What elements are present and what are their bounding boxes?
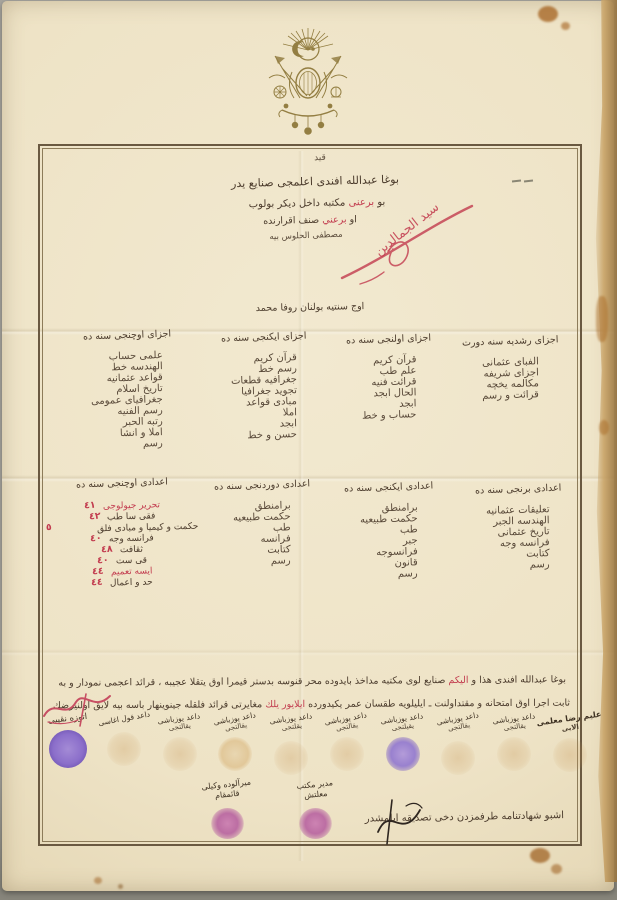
red-ink-strokes bbox=[330, 196, 480, 291]
wax-seal-icon bbox=[441, 741, 475, 775]
grade-row: تحریر جیولوجی ٤١ bbox=[46, 500, 198, 511]
grade-number: ٥ bbox=[46, 522, 53, 533]
grade-number: ٤٢ bbox=[88, 511, 100, 523]
section-subtitle: اوج سنتیه بولنان روفا محمد bbox=[243, 301, 377, 314]
rust-stain bbox=[561, 22, 570, 30]
grade-row: حكمت و كیمیا و مبادی فلق ٥ bbox=[46, 522, 198, 533]
subject-line: رسم bbox=[360, 568, 418, 581]
rust-stain bbox=[599, 420, 609, 435]
seal-signature-row: اتوزه نقیبی داعد قول اغاسی داعد یوزباشی … bbox=[42, 714, 596, 775]
column-header: اعدادی اوچنجی سنه ده bbox=[76, 476, 168, 490]
subjects-column-with-grades: اعدادی اوچنجی سنه ده تحریر جیولوجی ٤١ فق… bbox=[46, 478, 198, 588]
wax-seal-icon bbox=[49, 730, 87, 768]
subjects-column-idadi-year2: اعدادی ایكنجی سنه ده برامنطقحكمت طبیعیهط… bbox=[333, 482, 445, 580]
rust-stain bbox=[596, 296, 608, 342]
subject-line: قی ست bbox=[116, 555, 147, 566]
subject-line: ثقافت bbox=[120, 544, 143, 555]
official-title: مدیر مكتب bbox=[296, 778, 333, 791]
wax-seal-icon bbox=[386, 737, 420, 771]
paragraph-2-pre: ثابت اجرا اوق امتحانه و مقتداولنت ـ ایلی… bbox=[308, 698, 570, 710]
subject-line: حكمت و كیمیا و مبادی فلق bbox=[97, 521, 199, 534]
official-role: قائمقام bbox=[215, 789, 240, 801]
official-label: مدیر مكتب معلتش bbox=[296, 778, 335, 802]
signatory-label: داعد یوزباشی یقالتجی bbox=[157, 711, 202, 734]
subject-list: برامنطقحكمت طبیعیهطبفرانسهكتابترسم bbox=[233, 501, 291, 567]
column-header: اعدادی برنجی سنه ده bbox=[475, 482, 562, 496]
column-header: اجزای اوچنجی سنه ده bbox=[83, 328, 171, 342]
grade-number: ٤٨ bbox=[101, 544, 113, 556]
wax-seal-icon bbox=[163, 737, 197, 771]
seal-cell: داعد یوزباشی یقالتجی bbox=[321, 714, 373, 775]
grade-number: ٤٤ bbox=[91, 577, 103, 589]
wax-seal-icon bbox=[274, 741, 308, 775]
grade-row: فقی سا طب ٤٢ bbox=[46, 511, 198, 522]
header-line-3-post: صنف اقرارنده bbox=[263, 215, 319, 227]
magenta-seal-icon bbox=[299, 808, 332, 839]
grade-number: ٤١ bbox=[84, 500, 96, 512]
subject-line: حسن و خط bbox=[231, 429, 297, 442]
red-signature-paraph bbox=[40, 690, 116, 730]
subject-list: قرآن كریمرسم خطجغرافیه قطعاتتجوید جغرافی… bbox=[231, 353, 297, 441]
subject-line: قرائت و رسم bbox=[482, 389, 539, 401]
pencil-marks bbox=[512, 167, 538, 175]
subject-line: حساب و خط bbox=[362, 409, 417, 421]
grade-row: ایسه تعمیم ٤٤ bbox=[46, 566, 198, 577]
grade-row: قی ست ٤٠ bbox=[46, 555, 198, 566]
subject-line: رسم bbox=[486, 559, 550, 572]
wax-seal-icon bbox=[497, 737, 531, 771]
signatory-label: داعد یوزباشی یقلتجی bbox=[269, 711, 314, 734]
subject-list: علمی حسابالهندسه خطقواعد عثمانیهتاریخ اس… bbox=[91, 351, 163, 450]
wax-seal-icon bbox=[553, 738, 587, 772]
signatory-label: علیم رضا معلمی الایی bbox=[536, 710, 603, 738]
subject-list: قرآن كریمعلم طبقرائت فنیهالحال ابجدابجدح… bbox=[362, 355, 416, 421]
seal-cell: داعد یوزباشی یقالتجی bbox=[209, 714, 261, 775]
grades-list: تحریر جیولوجی ٤١ فقی سا طب ٤٢ حكمت و كیم… bbox=[46, 500, 198, 588]
official-label: میرآلوده وكیلی قائمقام bbox=[201, 777, 253, 803]
subjects-column-idadi-year4: اعدادی دوردنجی سنه ده برامنطقحكمت طبیعیه… bbox=[203, 480, 321, 567]
subject-line: فقی سا طب bbox=[107, 511, 156, 522]
grade-row: فرانسه وجه ٤٠ bbox=[46, 533, 198, 544]
rust-stain bbox=[530, 848, 550, 863]
rust-stain bbox=[118, 884, 123, 889]
paragraph-1-pre: بوغا عبدالله افندی هذا و bbox=[471, 674, 566, 686]
rust-stain bbox=[538, 6, 558, 22]
subjects-column-year1: اجزای اولنجی سنه ده قرآن كریمعلم طبقرائت… bbox=[333, 334, 445, 421]
bottom-officials-row: میرآلوده وكیلی قائمقام مدیر مكتب معلتش bbox=[196, 780, 346, 839]
subject-line: فرانسه وجه bbox=[109, 533, 154, 544]
signatory-label: داعد یوزباشی یقالتجی bbox=[436, 710, 481, 735]
subject-line: حد و اعمال bbox=[110, 577, 153, 588]
grade-number: ٤٠ bbox=[90, 533, 102, 545]
seal-cell: داعد یوزباشی یقلتجی bbox=[265, 714, 317, 775]
ottoman-coat-of-arms-icon bbox=[255, 26, 361, 138]
rust-stain bbox=[94, 877, 102, 884]
signatory-label: داعد یوزباشی یقالتجی bbox=[213, 710, 258, 735]
column-header: اجزای رشدیه سنه دورت bbox=[462, 334, 559, 348]
subject-line: تحریر جیولوجی bbox=[103, 500, 160, 511]
column-header: اجزای ایكنجی سنه ده bbox=[221, 331, 307, 345]
subject-list: الفبای عثمانیاجزای شریفهمكالمه یخچهقرائت… bbox=[482, 357, 539, 401]
signatory-label: داعد یوزباشی یقیلتجی bbox=[380, 711, 425, 734]
seal-cell: داعد یوزباشی یقیلتجی bbox=[377, 714, 429, 775]
grade-row: ثقافت ٤٨ bbox=[46, 544, 198, 555]
seal-cell: داعد یوزباشی یقالتجی bbox=[488, 714, 540, 775]
grade-row: حد و اعمال ٤٤ bbox=[46, 577, 198, 588]
seal-cell: داعد یوزباشی یقالتجی bbox=[154, 714, 206, 775]
paragraph-2-red-word: ایلایور یلك bbox=[265, 699, 305, 710]
column-header: اعدادی ایكنجی سنه ده bbox=[344, 480, 434, 494]
official-cell: میرآلوده وكیلی قائمقام bbox=[196, 780, 258, 839]
subject-list: تعلیقات عثمانیهالهندسه الجبرتاریخ عثمانی… bbox=[486, 505, 550, 571]
wax-seal-icon bbox=[107, 732, 141, 766]
paragraph-1-red-word: الیكم bbox=[448, 675, 468, 686]
seal-cell: داعد یوزباشی یقالتجی bbox=[432, 714, 484, 775]
subjects-column-rushdiye: اجزای رشدیه سنه دورت الفبای عثمانیاجزای … bbox=[443, 336, 578, 401]
subject-list: برامنطقحكمت طبیعیهطبجبرفرانسوجهقانونرسم bbox=[360, 503, 418, 580]
subjects-column-year3: اجزای اوچنجی سنه ده علمی حسابالهندسه خطق… bbox=[57, 330, 197, 450]
subjects-column-year2: اجزای ایكنجی سنه ده قرآن كریمرسم خطجغراف… bbox=[203, 332, 325, 441]
subject-line: ایسه تعمیم bbox=[110, 566, 152, 577]
official-cell: مدیر مكتب معلتش bbox=[284, 780, 346, 839]
signatory-label: داعد یوزباشی یقالتجی bbox=[492, 711, 537, 734]
official-role: معلتش bbox=[303, 789, 327, 800]
signatory-label: داعد یوزباشی یقالتجی bbox=[324, 710, 369, 735]
subject-line: رسم bbox=[91, 438, 163, 451]
wax-seal-icon bbox=[218, 737, 252, 771]
black-signature-paraph bbox=[372, 798, 428, 846]
magenta-seal-icon bbox=[211, 808, 244, 839]
column-header: اعدادی دوردنجی سنه ده bbox=[214, 478, 310, 492]
seal-cell: علیم رضا معلمی الایی bbox=[544, 714, 596, 775]
wax-seal-icon bbox=[330, 737, 364, 771]
subjects-column-idadi-year1: اعدادی برنجی سنه ده تعلیقات عثمانیهالهند… bbox=[448, 484, 588, 571]
rust-stain bbox=[551, 864, 562, 874]
subject-line: رسم bbox=[233, 555, 291, 568]
column-header: اجزای اولنجی سنه ده bbox=[346, 333, 431, 347]
